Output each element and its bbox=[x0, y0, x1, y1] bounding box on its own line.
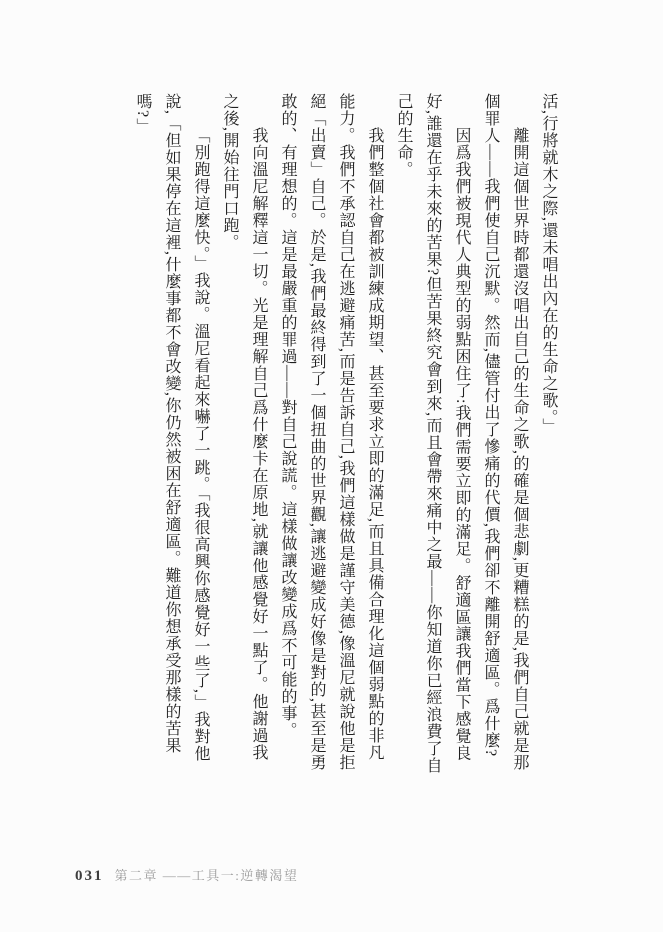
book-page: 活,行將就木之際,還未唱出內在的生命之歌。」 離開這個世界時都還沒唱出自己的生命… bbox=[0, 0, 663, 932]
footer: 031 第二章 ——工具一:逆轉渴望 bbox=[75, 865, 298, 885]
page-number: 031 bbox=[75, 868, 104, 885]
paragraph: 「別跑得這麼快。」我說。溫尼看起來嚇了一跳。「我很高興你感覺好一些了,」我對他說… bbox=[128, 93, 215, 777]
paragraph: 離開這個世界時都還沒唱出自己的生命之歌,的確是個悲劇,更糟糕的是,我們自己就是那… bbox=[476, 93, 534, 777]
body-text: 活,行將就木之際,還未唱出內在的生命之歌。」 離開這個世界時都還沒唱出自己的生命… bbox=[128, 93, 563, 777]
chapter-title: 第二章 ——工具一:逆轉渴望 bbox=[115, 865, 299, 884]
paragraph: 活,行將就木之際,還未唱出內在的生命之歌。」 bbox=[534, 93, 563, 777]
paragraph: 因爲我們被現代人典型的弱點困住了:我們需要立即的滿足。舒適區讓我們當下感覺良好,… bbox=[389, 93, 476, 777]
paragraph: 我向溫尼解釋這一切。光是理解自己爲什麼卡在原地,就讓他感覺好一點了。他謝過我之後… bbox=[215, 93, 273, 777]
paragraph: 我們整個社會都被訓練成期望、甚至要求立即的滿足,而且具備合理化這個弱點的非凡能力… bbox=[273, 93, 389, 777]
